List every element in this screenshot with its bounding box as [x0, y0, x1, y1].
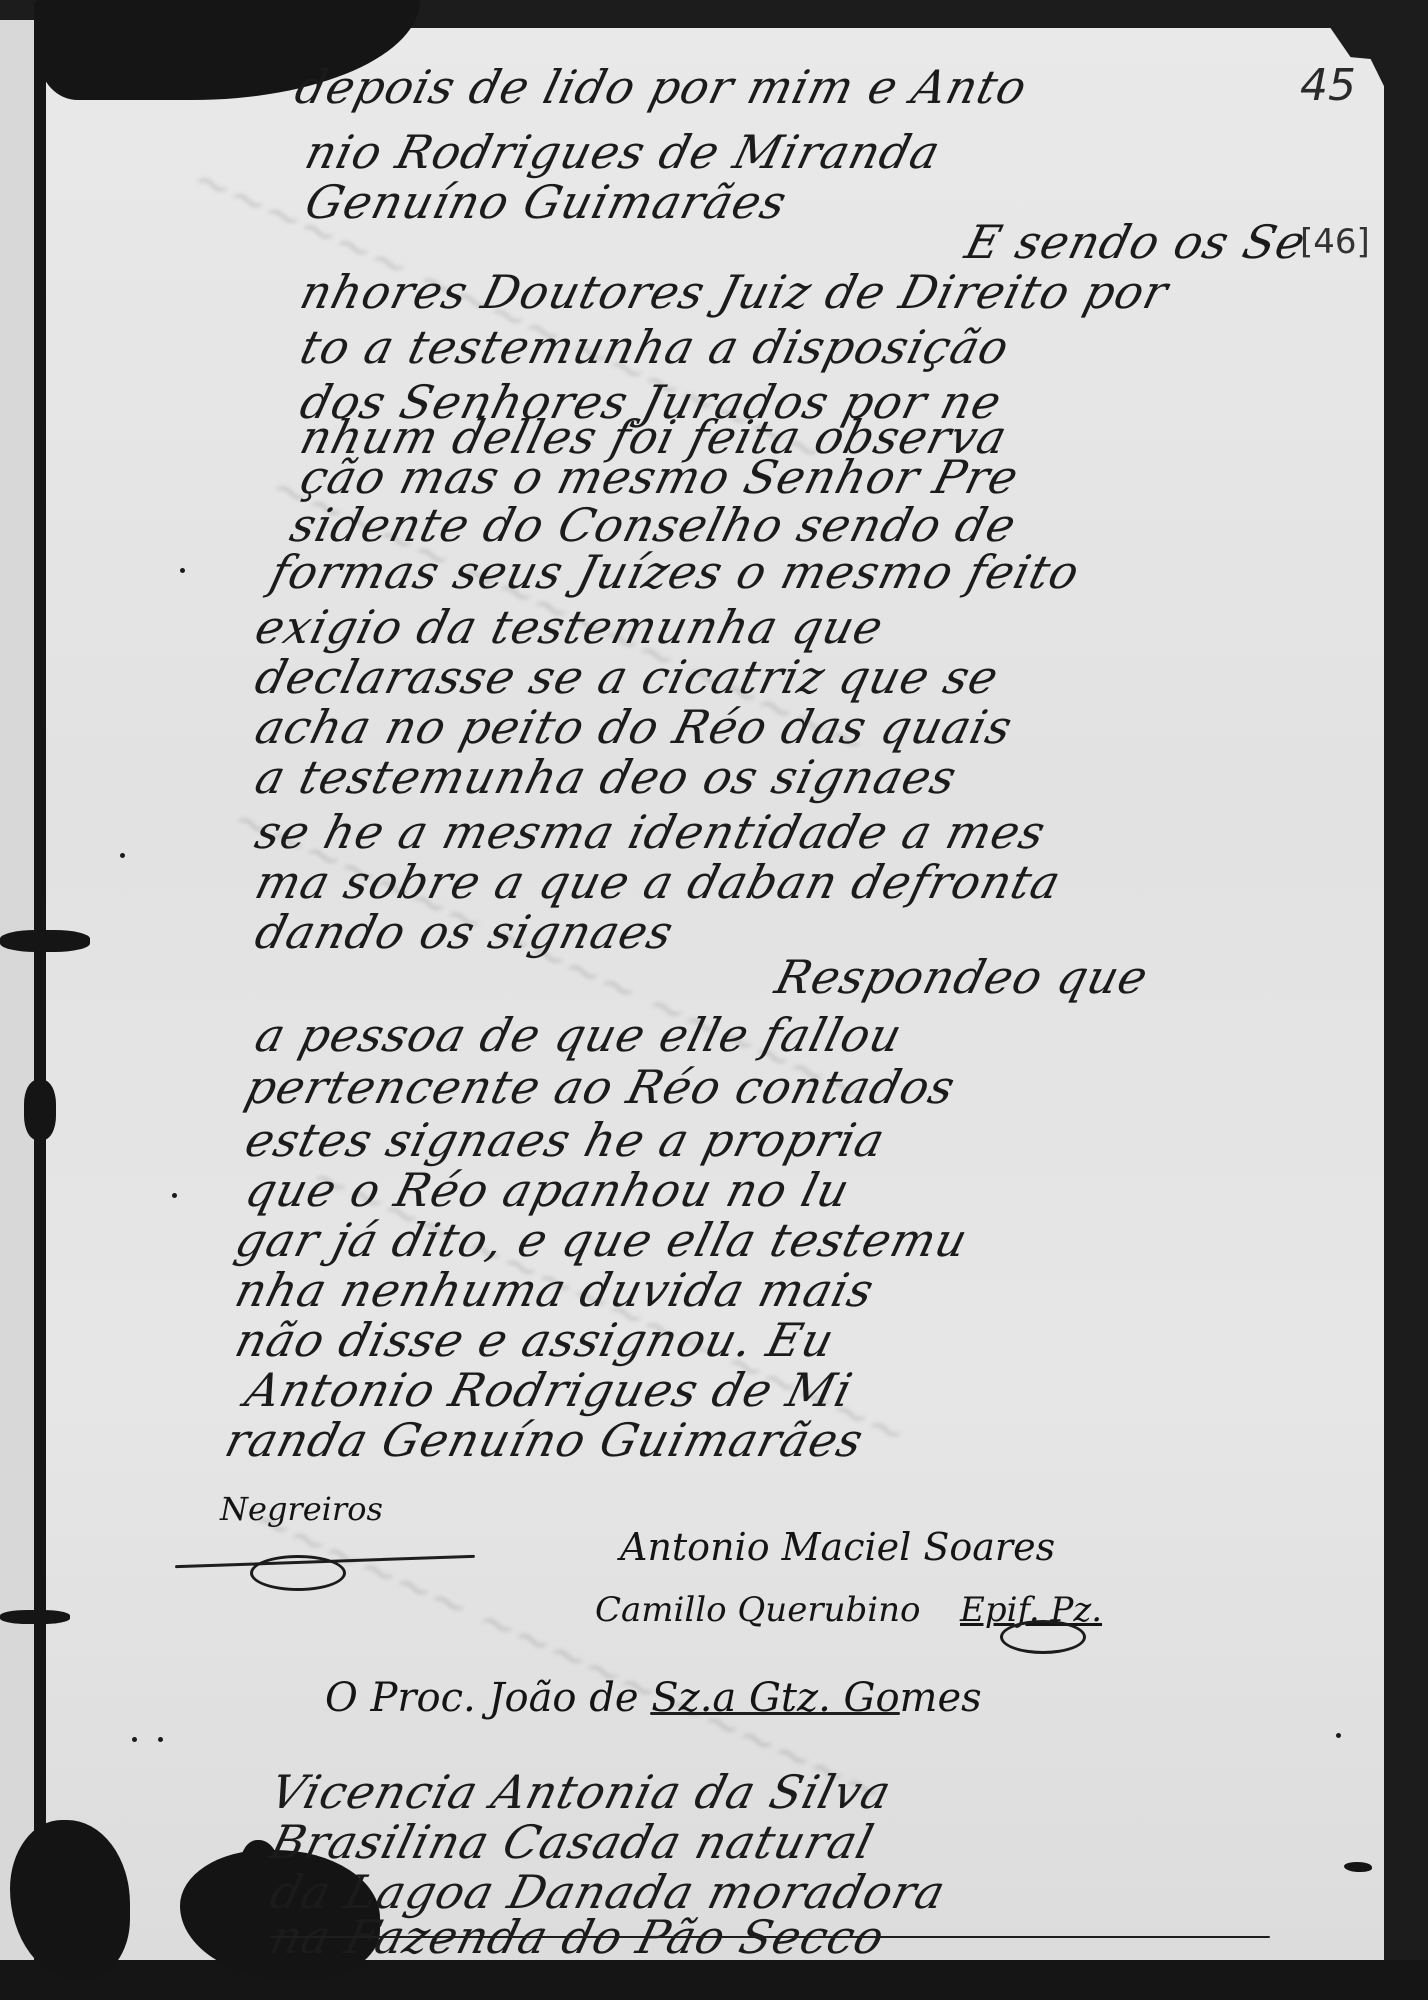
manuscript-line: se he a mesma identidade a mes	[250, 805, 1051, 859]
manuscript-line: Genuíno Guimarães	[300, 175, 793, 229]
manuscript-line: pertencente ao Réo contados	[240, 1060, 961, 1114]
manuscript-line: ção mas o mesmo Senhor Pre	[295, 450, 1024, 504]
closing-rule	[270, 1936, 1270, 1938]
folio-number: 45	[1300, 60, 1356, 111]
signature-flourish	[1000, 1620, 1086, 1654]
signature-camillo: Camillo Querubino	[595, 1590, 920, 1630]
ink-speck	[172, 1193, 177, 1198]
manuscript-line: Antonio Rodrigues de Mi	[240, 1363, 858, 1417]
manuscript-line: nha nenhuma duvida mais	[230, 1263, 880, 1317]
manuscript-line: gar já dito, e que ella testemu	[230, 1213, 974, 1267]
manuscript-line: randa Genuíno Guimarães	[220, 1413, 869, 1467]
ink-stain-bottom	[0, 1960, 1428, 2000]
manuscript-line: que o Réo apanhou no lu	[240, 1163, 856, 1217]
manuscript-line: nio Rodrigues de Miranda	[300, 125, 946, 179]
manuscript-line: nhores Doutores Juiz de Direito por	[295, 265, 1174, 319]
manuscript-line: a pessoa de que elle fallou	[250, 1008, 908, 1062]
scanned-manuscript-page: ~~~~~~ ~~~~ ~~~~~~~ ~~~~~ ~~~~~~ ~~~~~ ~…	[0, 0, 1428, 2000]
ink-blot	[24, 1080, 56, 1140]
ink-blot	[0, 1610, 70, 1624]
manuscript-line: a testemunha deo os signaes	[250, 750, 963, 804]
manuscript-line: E sendo os Se	[960, 215, 1312, 269]
signature-flourish	[650, 1712, 900, 1715]
manuscript-line: formas seus Juízes o mesmo feito	[265, 545, 1085, 599]
signature-antonio: Antonio Maciel Soares	[620, 1525, 1055, 1569]
manuscript-line: não disse e assignou. Eu	[230, 1313, 840, 1367]
ink-blot	[0, 930, 90, 952]
ink-speck	[1336, 1733, 1341, 1738]
manuscript-line: Vicencia Antonia da Silva	[265, 1765, 897, 1819]
manuscript-line: estes signaes he a propria	[240, 1113, 891, 1167]
manuscript-line: Respondeo que	[770, 950, 1154, 1004]
ink-speck	[158, 1737, 163, 1742]
manuscript-line: declarasse se a cicatriz que se	[250, 650, 1004, 704]
manuscript-line: depois de lido por mim e Anto	[290, 60, 1033, 114]
archival-page-number: [46]	[1300, 222, 1370, 262]
manuscript-line: acha no peito do Réo das quais	[250, 700, 1018, 754]
ink-speck	[132, 1737, 137, 1742]
manuscript-line: ma sobre a que a daban defronta	[250, 855, 1067, 909]
manuscript-line: dando os signaes	[250, 905, 679, 959]
signature-flourish	[250, 1555, 346, 1591]
binding-stitch-line	[34, 0, 46, 2000]
manuscript-line: Brasilina Casada natural	[265, 1815, 880, 1869]
manuscript-line: to a testemunha a disposição	[295, 320, 1015, 374]
signature-negreiros: Negreiros	[220, 1490, 383, 1528]
manuscript-line: exigio da testemunha que	[250, 600, 889, 654]
ink-speck	[180, 568, 185, 573]
manuscript-line: sidente do Conselho sendo de	[285, 498, 1022, 552]
ink-speck	[120, 853, 125, 858]
